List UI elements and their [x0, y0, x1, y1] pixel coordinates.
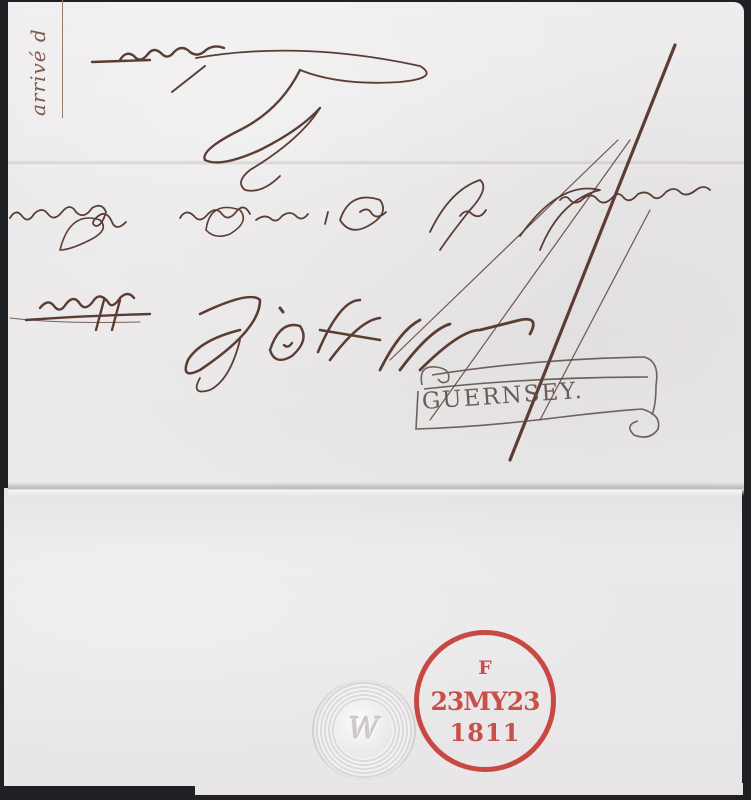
letter-photo: arrivé d: [0, 0, 751, 800]
date-stamp-date: 23MY23: [419, 687, 551, 716]
date-stamp: F 23MY23 1811: [414, 630, 556, 772]
date-stamp-year: 1811: [419, 718, 551, 747]
date-stamp-letter: F: [419, 657, 551, 679]
embossed-seal: W: [312, 680, 416, 780]
seal-monogram: W: [336, 702, 392, 758]
guernsey-handstamp: GUERNSEY.: [412, 355, 664, 441]
